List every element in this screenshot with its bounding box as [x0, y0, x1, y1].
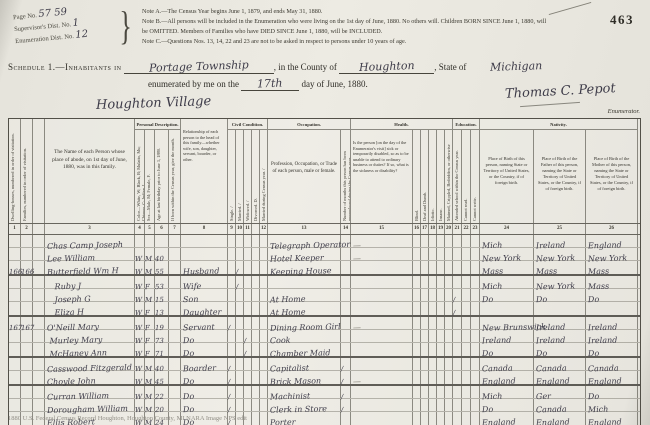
cell-cannot-read: [462, 343, 471, 356]
township-value: Portage Township: [149, 58, 249, 74]
cell-insane: [437, 317, 445, 329]
cell-single: [228, 330, 236, 342]
cell-month-born: [169, 330, 181, 342]
cell-single: [228, 302, 236, 315]
cell-married: [236, 302, 244, 315]
cell-married: [236, 358, 244, 370]
cell-maimed: [445, 235, 453, 247]
cell-attended-school: [453, 248, 462, 260]
cell-mother-birthplace: Do: [586, 386, 638, 398]
cell-maimed: [445, 371, 453, 384]
county-label: , in the County of: [274, 62, 337, 72]
cell-occupation: Dining Room Girl: [268, 317, 341, 329]
cell-single: [228, 235, 236, 247]
cell-months-unemployed: [341, 248, 351, 260]
cell-months-unemployed: [341, 235, 351, 247]
cell-attended-school: [453, 276, 462, 288]
cell-age: 71: [155, 343, 169, 356]
cell-dwelling: 167: [9, 317, 21, 329]
cell-blind: [413, 371, 421, 384]
cell-age: 20: [155, 399, 169, 411]
cell-age: 15: [155, 289, 169, 301]
cell-blank: [33, 302, 45, 315]
cell-widowed: [244, 358, 252, 370]
colhead-color: Color—White, W; Black, B; Mulatto, Mu; C…: [135, 130, 145, 223]
cell-dwelling: [9, 358, 21, 370]
cell-married-census-year: [260, 343, 268, 356]
cell-attended-school: [453, 386, 462, 398]
cell-cannot-read: [462, 302, 471, 315]
cell-dwelling: [9, 343, 21, 356]
cell-sickness: [351, 261, 413, 274]
pen-flourish: [549, 2, 592, 15]
cell-blind: [413, 302, 421, 315]
cell-months-unemployed: [341, 302, 351, 315]
cell-insane: [437, 330, 445, 342]
cell-sickness: —: [351, 235, 413, 247]
cell-single: /: [228, 386, 236, 398]
cell-married: [236, 330, 244, 342]
cell-age: 13: [155, 302, 169, 315]
cell-cannot-write: [471, 289, 480, 301]
cell-maimed: [445, 248, 453, 260]
table-row: Eliza H W F 13 Daughter At Home: [9, 302, 640, 317]
cell-attended-school: [453, 358, 462, 370]
cell-maimed: [445, 343, 453, 356]
day-blank: 17th: [241, 77, 299, 91]
cell-months-unemployed: [341, 289, 351, 301]
cell-occupation: Keeping House: [268, 261, 341, 274]
cell-deaf: [421, 371, 429, 384]
cell-idiotic: [429, 289, 437, 301]
cell-month-born: [169, 343, 181, 356]
cell-month-born: [169, 371, 181, 384]
colhead-married-census-year: Married during Census year. /: [260, 130, 268, 223]
cell-sex: M: [145, 289, 155, 301]
group-health: Health. Is the person [on the day of the…: [351, 119, 453, 223]
cell-married-census-year: [260, 248, 268, 260]
cell-widowed: /: [244, 343, 252, 356]
cell-age: 40: [155, 358, 169, 370]
cell-relationship: Son: [181, 289, 228, 301]
table-row: Joseph G W M 15 Son At Home: [9, 289, 640, 302]
cell-name: McHaney Ann: [45, 343, 135, 356]
cell-divorced: [252, 386, 260, 398]
cell-relationship: Wife: [181, 276, 228, 288]
cell-maimed: [445, 302, 453, 315]
cell-occupation: At Home: [268, 289, 341, 301]
cell-idiotic: [429, 276, 437, 288]
cell-relationship: Husband: [181, 261, 228, 274]
cell-cannot-write: [471, 330, 480, 342]
cell-occupation: Telegraph Operator: [268, 235, 341, 247]
cell-blind: [413, 386, 421, 398]
cell-dwelling: [9, 289, 21, 301]
cell-occupation: Hotel Keeper: [268, 248, 341, 260]
cell-married-census-year: [260, 371, 268, 384]
cell-married-census-year: [260, 412, 268, 425]
cell-widowed: [244, 386, 252, 398]
cell-month-born: [169, 289, 181, 301]
cell-month-born: [169, 261, 181, 274]
cell-cannot-read: [462, 261, 471, 274]
cell-sickness: [351, 358, 413, 370]
cell-color: [135, 235, 145, 247]
cell-cannot-write: [471, 371, 480, 384]
cell-relationship: Boarder: [181, 358, 228, 370]
cell-attended-school: [453, 261, 462, 274]
cell-sex: M: [145, 399, 155, 411]
cell-months-unemployed: /: [341, 386, 351, 398]
cell-deaf: [421, 289, 429, 301]
cell-birthplace: Mass: [480, 261, 534, 274]
cell-relationship: Do: [181, 371, 228, 384]
cell-cannot-write: [471, 412, 480, 425]
colhead-months-unemployed: Number of months this person has been un…: [341, 130, 351, 223]
table-row: 167 167 O'Neill Mary W F 19 Servant / Di…: [9, 317, 640, 330]
cell-widowed: [244, 261, 252, 274]
supervisor-dist-value: 1: [72, 18, 79, 30]
cell-blank: [33, 399, 45, 411]
cell-maimed: [445, 330, 453, 342]
cell-divorced: [252, 330, 260, 342]
cell-divorced: [252, 358, 260, 370]
cell-name: Murley Mary: [45, 330, 135, 342]
cell-age: 40: [155, 248, 169, 260]
cell-idiotic: [429, 261, 437, 274]
cell-married: [236, 235, 244, 247]
cell-sickness: [351, 276, 413, 288]
cell-color: W: [135, 248, 145, 260]
cell-married-census-year: [260, 399, 268, 411]
cell-widowed: [244, 276, 252, 288]
group-occupation: Occupation. Profession, Occupation, or T…: [268, 119, 351, 223]
cell-color: W: [135, 386, 145, 398]
cell-mother-birthplace: Canada: [586, 358, 638, 370]
cell-blind: [413, 261, 421, 274]
cell-cannot-read: [462, 330, 471, 342]
cell-married: [236, 289, 244, 301]
colhead-month-born: If born within the Census year, give the…: [169, 130, 181, 223]
cell-deaf: [421, 358, 429, 370]
cell-married: [236, 386, 244, 398]
cell-family: [21, 343, 33, 356]
colhead-attended-school: Attended school within the Census year.: [453, 130, 462, 223]
cell-birthplace: Mich: [480, 386, 534, 398]
schedule-title-line: Schedule 1.—Inhabitants in Portage Towns…: [8, 60, 644, 74]
cell-month-born: [169, 358, 181, 370]
cell-dwelling: [9, 276, 21, 288]
cell-married: [236, 248, 244, 260]
cell-cannot-write: [471, 317, 480, 329]
cell-sex: M: [145, 261, 155, 274]
table-row: McHaney Ann W F 71 Do / Chamber Maid: [9, 343, 640, 358]
colhead-relationship: Relationship of each person to the head …: [181, 119, 228, 223]
cell-birthplace: England: [480, 371, 534, 384]
cell-color: W: [135, 330, 145, 342]
cell-dwelling: 166: [9, 261, 21, 274]
cell-deaf: [421, 412, 429, 425]
cell-father-birthplace: [534, 302, 586, 315]
cell-deaf: [421, 276, 429, 288]
cell-birthplace: New Brunswick: [480, 317, 534, 329]
cell-mother-birthplace: Do: [586, 289, 638, 301]
cell-age: 22: [155, 386, 169, 398]
cell-idiotic: [429, 317, 437, 329]
cell-name: Butterfield Wm H: [45, 261, 135, 274]
cell-birthplace: New York: [480, 248, 534, 260]
cell-sickness: —: [351, 248, 413, 260]
cell-idiotic: [429, 358, 437, 370]
cell-months-unemployed: [341, 330, 351, 342]
cell-cannot-read: [462, 276, 471, 288]
cell-dwelling: [9, 302, 21, 315]
cell-attended-school: [453, 371, 462, 384]
enumerator-signature: Thomas C. Pepot: [505, 81, 616, 102]
cell-married-census-year: [260, 317, 268, 329]
cell-sex: F: [145, 276, 155, 288]
colhead-father-birthplace: Place of Birth of the Father of this per…: [534, 130, 586, 223]
cell-widowed: [244, 235, 252, 247]
cell-attended-school: [453, 412, 462, 425]
cell-cannot-write: [471, 302, 480, 315]
cell-relationship: Do: [181, 343, 228, 356]
cell-married: [236, 317, 244, 329]
column-number-row: 1 2 3 4 5 6 7 8 9 10 11 12 13 14 15 16 1…: [9, 223, 640, 235]
colhead-single: Single. /: [228, 130, 236, 223]
cell-maimed: [445, 386, 453, 398]
cell-mother-birthplace: Mich: [586, 399, 638, 411]
table-row: Chas Camp Joseph Telegraph Operator —: [9, 235, 640, 248]
cell-cannot-write: [471, 248, 480, 260]
cell-name: O'Neill Mary: [45, 317, 135, 329]
cell-months-unemployed: [341, 412, 351, 425]
colhead-cannot-write: Cannot write.: [471, 130, 480, 223]
cell-blind: [413, 317, 421, 329]
cell-blind: [413, 399, 421, 411]
cell-idiotic: [429, 248, 437, 260]
cell-age: 45: [155, 371, 169, 384]
cell-single: [228, 248, 236, 260]
cell-family: [21, 358, 33, 370]
cell-blind: [413, 276, 421, 288]
cell-insane: [437, 399, 445, 411]
cell-deaf: [421, 343, 429, 356]
cell-maimed: [445, 412, 453, 425]
colhead-idiotic: Idiotic.: [429, 130, 437, 223]
cell-month-born: [169, 248, 181, 260]
cell-occupation: Porter: [268, 412, 341, 425]
cell-color: W: [135, 343, 145, 356]
cell-widowed: [244, 289, 252, 301]
cell-relationship: [181, 235, 228, 247]
cell-married-census-year: [260, 330, 268, 342]
cell-cannot-write: [471, 276, 480, 288]
cell-occupation: Chamber Maid: [268, 343, 341, 356]
cell-occupation: Brick Mason: [268, 371, 341, 384]
cell-cannot-read: [462, 358, 471, 370]
group-personal-description: Personal Description. Color—White, W; Bl…: [135, 119, 181, 223]
cell-married: [236, 343, 244, 356]
cell-attended-school: [453, 343, 462, 356]
cell-birthplace: Mich: [480, 276, 534, 288]
cell-dwelling: [9, 330, 21, 342]
cell-occupation: [268, 276, 341, 288]
cell-divorced: [252, 261, 260, 274]
cell-dwelling: [9, 248, 21, 260]
cell-mother-birthplace: New York: [586, 248, 638, 260]
cell-married: /: [236, 276, 244, 288]
cell-attended-school: /: [453, 302, 462, 315]
census-sheet-scan: Page No. 57 59 Supervisor's Dist. No. 1 …: [0, 0, 650, 425]
cell-sickness: [351, 302, 413, 315]
cell-attended-school: [453, 399, 462, 411]
signature-flourish: [520, 102, 580, 107]
cell-mother-birthplace: Ireland: [586, 317, 638, 329]
enumerated-post: day of June, 1880.: [301, 79, 367, 89]
cell-mother-birthplace: Do: [586, 343, 638, 356]
cell-widowed: [244, 302, 252, 315]
cell-name: Casswood Fitzgerald: [45, 358, 135, 370]
cell-mother-birthplace: England: [586, 235, 638, 247]
colhead-name: The Name of each Person whose place of a…: [45, 119, 135, 223]
cell-attended-school: [453, 235, 462, 247]
colhead-age: Age at last birthday prior to June 1, 18…: [155, 130, 169, 223]
cell-insane: [437, 386, 445, 398]
cell-father-birthplace: Do: [534, 343, 586, 356]
cell-divorced: [252, 371, 260, 384]
cell-sickness: [351, 343, 413, 356]
cell-married-census-year: [260, 276, 268, 288]
cell-sickness: [351, 412, 413, 425]
cell-idiotic: [429, 330, 437, 342]
cell-color: W: [135, 261, 145, 274]
cell-name: Joseph G: [45, 289, 135, 301]
cell-family: [21, 289, 33, 301]
cell-idiotic: [429, 412, 437, 425]
cell-divorced: [252, 399, 260, 411]
cell-father-birthplace: Ireland: [534, 330, 586, 342]
cell-divorced: [252, 235, 260, 247]
page-no-label: Page No.: [13, 12, 37, 21]
cell-sickness: [351, 399, 413, 411]
county-blank: Houghton: [339, 60, 434, 74]
cell-married: [236, 399, 244, 411]
cell-dwelling: [9, 399, 21, 411]
colhead-dwelling: Dwelling-houses, numbered in order of vi…: [9, 119, 21, 223]
cell-sex: F: [145, 330, 155, 342]
cell-father-birthplace: Ireland: [534, 317, 586, 329]
cell-occupation: Capitalist: [268, 358, 341, 370]
printed-notes: Note A.—The Census Year begins June 1, 1…: [142, 7, 550, 47]
cell-mother-birthplace: Mass: [586, 276, 638, 288]
cell-maimed: [445, 399, 453, 411]
cell-single: /: [228, 371, 236, 384]
cell-father-birthplace: Ger: [534, 386, 586, 398]
cell-age: [155, 235, 169, 247]
cell-blind: [413, 289, 421, 301]
cell-idiotic: [429, 399, 437, 411]
table-row: Dorougham William W M 20 Do / Clerk in S…: [9, 399, 640, 412]
cell-idiotic: [429, 302, 437, 315]
cell-occupation: At Home: [268, 302, 341, 315]
cell-month-born: [169, 302, 181, 315]
cell-family: [21, 386, 33, 398]
state-blank: Michigan: [469, 60, 564, 73]
cell-month-born: [169, 235, 181, 247]
cell-age: 53: [155, 276, 169, 288]
cell-single: [228, 289, 236, 301]
cell-sex: F: [145, 343, 155, 356]
cell-sickness: [351, 289, 413, 301]
cell-deaf: [421, 302, 429, 315]
cell-occupation: Cook: [268, 330, 341, 342]
cell-maimed: [445, 276, 453, 288]
cell-idiotic: [429, 386, 437, 398]
cell-mother-birthplace: England: [586, 371, 638, 384]
enumerator-label: Enumerator.: [608, 108, 640, 115]
cell-married-census-year: [260, 289, 268, 301]
cell-cannot-read: [462, 248, 471, 260]
cell-deaf: [421, 317, 429, 329]
cell-dwelling: [9, 386, 21, 398]
cell-insane: [437, 343, 445, 356]
cell-mother-birthplace: Ireland: [586, 330, 638, 342]
cell-blank: [33, 371, 45, 384]
cell-idiotic: [429, 235, 437, 247]
table-body: Chas Camp Joseph Telegraph Operator —: [9, 235, 640, 425]
cell-blank: [33, 317, 45, 329]
cell-sickness: —: [351, 371, 413, 384]
cell-deaf: [421, 330, 429, 342]
cell-name: Dorougham William: [45, 399, 135, 411]
colhead-cannot-read: Cannot read.: [462, 130, 471, 223]
cell-maimed: [445, 289, 453, 301]
cell-maimed: [445, 317, 453, 329]
cell-family: [21, 276, 33, 288]
cell-single: /: [228, 317, 236, 329]
cell-single: /: [228, 358, 236, 370]
cell-dwelling: [9, 235, 21, 247]
group-education: Education. Attended school within the Ce…: [453, 119, 480, 223]
cell-sex: M: [145, 371, 155, 384]
cell-color: W: [135, 371, 145, 384]
cell-family: [21, 248, 33, 260]
cell-birthplace: Mich: [480, 235, 534, 247]
cell-age: 19: [155, 317, 169, 329]
cell-blank: [33, 261, 45, 274]
note-a: Note A.—The Census Year begins June 1, 1…: [142, 7, 550, 17]
cell-occupation: Clerk in Store: [268, 399, 341, 411]
cell-sickness: —: [351, 317, 413, 329]
cell-birthplace: England: [480, 412, 534, 425]
table-row: Curran William W M 22 Do / Machinist /: [9, 386, 640, 399]
cell-married-census-year: [260, 261, 268, 274]
cell-sex: F: [145, 302, 155, 315]
cell-single: [228, 261, 236, 274]
cell-blank: [33, 276, 45, 288]
cell-months-unemployed: [341, 276, 351, 288]
enumeration-dist-value: 12: [75, 29, 89, 41]
cell-idiotic: [429, 371, 437, 384]
cell-single: /: [228, 399, 236, 411]
cell-name: Choyle John: [45, 371, 135, 384]
cell-deaf: [421, 399, 429, 411]
cell-months-unemployed: /: [341, 358, 351, 370]
group-civil-condition: Civil Condition. Single. / Married. / Wi…: [228, 119, 268, 223]
cell-insane: [437, 261, 445, 274]
table-row: Murley Mary W F 73 Do / Cook: [9, 330, 640, 343]
